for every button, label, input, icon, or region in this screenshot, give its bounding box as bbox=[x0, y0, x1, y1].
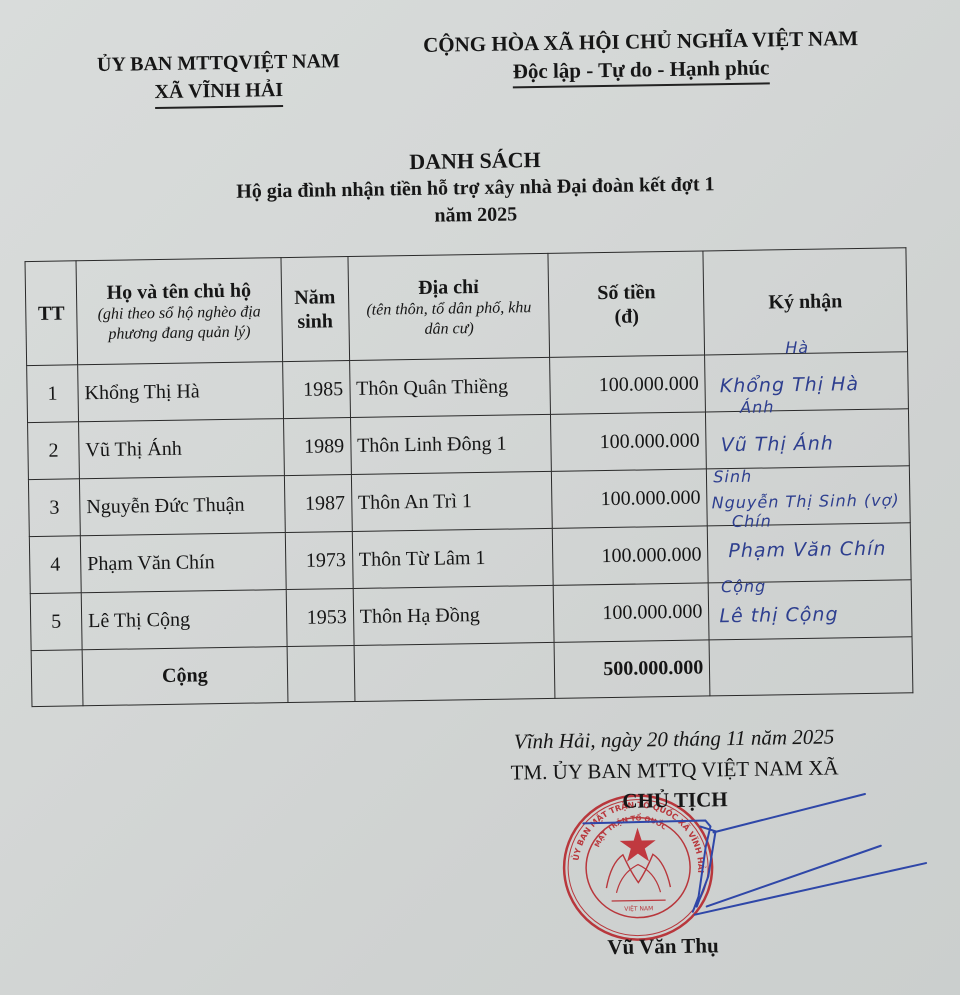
handwritten-name: Phạm Văn Chín bbox=[728, 538, 886, 562]
handwritten-signature: Chín bbox=[732, 511, 772, 531]
total-amount: 500.000.000 bbox=[554, 640, 710, 698]
handwritten-name: Khổng Thị Hà bbox=[720, 373, 860, 397]
col-address: Địa chỉ (tên thôn, tổ dân phố, khu dân c… bbox=[348, 253, 550, 360]
col-tt: TT bbox=[25, 261, 78, 366]
handwritten-signature: Hà bbox=[785, 338, 809, 357]
handwritten-name: Vũ Thị Ánh bbox=[721, 432, 834, 456]
handwritten-signature: Cộng bbox=[721, 577, 767, 597]
signature-cell: Cộng Lê thị Cộng bbox=[708, 580, 912, 640]
table-header-row: TT Họ và tên chủ hộ (ghi theo sổ hộ nghè… bbox=[25, 248, 908, 366]
signature-cell: Ánh Vũ Thị Ánh bbox=[706, 409, 910, 469]
col-amount: Số tiền (đ) bbox=[548, 251, 705, 357]
col-name: Họ và tên chủ hộ (ghi theo sổ hộ nghèo đ… bbox=[76, 258, 282, 365]
motto: Độc lập - Tự do - Hạnh phúc bbox=[513, 53, 770, 88]
handwritten-name: Lê thị Cộng bbox=[719, 603, 838, 627]
signature-stroke-icon bbox=[565, 783, 947, 949]
col-address-note: (tên thôn, tổ dân phố, khu dân cư) bbox=[355, 297, 543, 340]
recipients-table: TT Họ và tên chủ hộ (ghi theo sổ hộ nghè… bbox=[25, 247, 914, 707]
signature-cell: Chín Phạm Văn Chín bbox=[708, 523, 912, 583]
handwritten-signature: Sinh bbox=[713, 467, 752, 487]
col-year: Năm sinh bbox=[281, 257, 350, 362]
handwritten-signature: Ánh bbox=[740, 397, 775, 417]
col-name-note: (ghi theo sổ hộ nghèo địa phương đang qu… bbox=[83, 302, 275, 345]
document-page: ỦY BAN MTTQVIỆT NAM XÃ VĨNH HẢI CỘNG HÒA… bbox=[0, 0, 960, 995]
national-motto: CỘNG HÒA XÃ HỘI CHỦ NGHĨA VIỆT NAM Độc l… bbox=[388, 23, 894, 90]
handwritten-name: Nguyễn Thị Sinh (vợ) bbox=[712, 490, 900, 512]
signature-cell: Hà Khổng Thị Hà bbox=[705, 352, 909, 412]
org-name: ỦY BAN MTTQVIỆT NAM bbox=[53, 46, 383, 79]
commune-name: XÃ VĨNH HẢI bbox=[154, 76, 283, 109]
issuing-organization: ỦY BAN MTTQVIỆT NAM XÃ VĨNH HẢI bbox=[53, 46, 384, 110]
total-label: Cộng bbox=[82, 647, 288, 706]
document-title: DANH SÁCH Hộ gia đình nhận tiền hỗ trợ x… bbox=[145, 143, 806, 233]
